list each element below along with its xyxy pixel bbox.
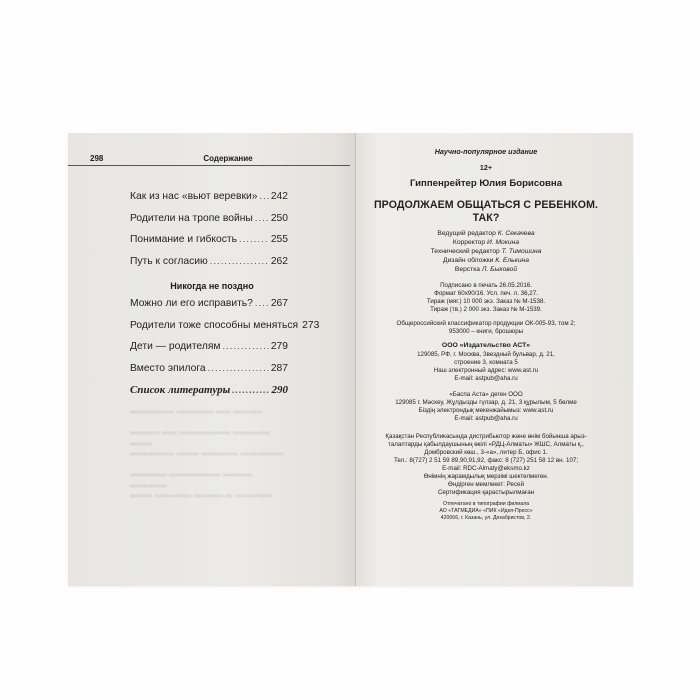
toc-entry-page: 279 xyxy=(271,341,288,352)
kazakh-publisher-line: E-mail: astpub@aha.ru xyxy=(356,415,616,423)
kazakh-publisher-line: Біздің электрондық мекенжайымыз: www.ast… xyxy=(356,407,616,415)
toc-entry-title: Список литературы xyxy=(130,384,230,396)
toc-entry-page: 262 xyxy=(271,256,288,267)
publisher-name: ООО «Издательство АСТ» xyxy=(356,342,616,349)
credit-line: Ведущий редактор К. Секачева xyxy=(356,230,616,238)
distributor-line: Домбровский көш., 3-«а», литер Б, офис 1… xyxy=(356,449,616,457)
toc-entry-title: Родители на тропе войны xyxy=(130,213,253,224)
distributor-line: талаптарды қабылдаушының өкілі «РДЦ-Алма… xyxy=(356,441,616,449)
credit-name: Т. Тимошина xyxy=(502,248,542,255)
toc-entry: Как из нас «вьют веревки» 242 xyxy=(130,191,288,213)
edition-type: Научно-популярное издание xyxy=(356,147,616,156)
credit-name: К. Секачева xyxy=(498,230,535,237)
toc-entry-title: Можно ли его исправить? xyxy=(130,298,253,309)
open-book: 298 Содержание Как из нас «вьют веревки»… xyxy=(68,133,633,586)
toc-entry-page: 250 xyxy=(271,213,288,224)
author-name: Гиппенрейтер Юлия Борисовна xyxy=(356,178,616,189)
book-title-line2: ТАК? xyxy=(356,212,616,224)
toc-entry-page: 290 xyxy=(272,384,289,396)
credit-name: Л. Быковой xyxy=(482,266,517,273)
credit-role: Верстка xyxy=(455,266,480,273)
toc-entry-page: 255 xyxy=(271,234,288,245)
running-head: 298 Содержание xyxy=(68,147,350,166)
toc-entry-title: Дети — родителям xyxy=(130,341,220,352)
age-rating: 12+ xyxy=(356,163,616,172)
credit-name: И. Мокина xyxy=(487,239,519,246)
toc-entry-title: Родители тоже способны меняться xyxy=(130,320,298,331)
toc-entry: Вместо эпилога 287 xyxy=(130,363,288,385)
classifier-line: 953000 – книги, брошюры xyxy=(356,328,616,336)
credit-name: К. Елькина xyxy=(495,257,529,264)
distributor-line: E-mail: RDC-Almaty@eksmo.kz xyxy=(356,465,616,473)
running-head-title: Содержание xyxy=(158,154,298,163)
distributor-line: Өндірген мемлекет: Ресей xyxy=(356,481,616,489)
distributor-line: Қазақстан Республикасында дистрибьютор ж… xyxy=(356,433,616,441)
print-info-line: Тираж (тв.) 2 000 экз. Заказ № М-1539. xyxy=(356,306,616,314)
leader-dots xyxy=(239,234,269,244)
publisher-address-line: 129085, РФ, г. Москва, Звездный бульвар,… xyxy=(356,351,616,359)
credit-role: Корректор xyxy=(453,239,485,246)
publisher-address-line: строение 3, комната 5 xyxy=(356,359,616,367)
right-page-imprint: Научно-популярное издание 12+ Гиппенрейт… xyxy=(356,133,633,586)
leader-dots xyxy=(210,256,269,266)
show-through-text: ▂▂▂▂ ▂▂ ▂▂▂▂▂ ▂▂▂▂▂▂ ▂▂▂▂▂ ▂▂▂▂▂▂▂ ▂▂ ▂▂… xyxy=(130,403,290,508)
publisher-address-line: Наш электронный адрес: www.ast.ru xyxy=(356,367,616,375)
toc-entry-page: 287 xyxy=(271,363,288,374)
print-info-line: Формат 60х90/16. Усл. печ. л. 36,27. xyxy=(356,290,616,298)
leader-dots xyxy=(232,385,269,395)
toc-entry-page: 273 xyxy=(302,320,319,331)
toc-entry: Родители на тропе войны 250 xyxy=(130,213,288,235)
toc-section-heading: Никогда не поздно xyxy=(130,277,288,298)
toc-entry: Понимание и гибкость 255 xyxy=(130,234,288,256)
toc-entry: Путь к согласию 262 xyxy=(130,256,288,278)
toc-entry-title: Как из нас «вьют веревки» xyxy=(130,191,257,202)
distributor-line: Сертификация қарастырылмаған xyxy=(356,489,616,497)
leader-dots xyxy=(208,363,269,373)
printer-line: Отпечатано в типографии филиала xyxy=(356,501,616,508)
credit-role: Дизайн обложки xyxy=(443,257,493,264)
credit-line: Верстка Л. Быковой xyxy=(356,266,616,274)
toc-entry: Дети — родителям 279 xyxy=(130,341,288,363)
left-page-contents: 298 Содержание Как из нас «вьют веревки»… xyxy=(68,133,356,586)
toc-entry-page: 242 xyxy=(271,191,288,202)
print-info-line: Подписано в печать 26.05.2016. xyxy=(356,282,616,290)
leader-dots xyxy=(222,341,268,351)
book-title-line1: ПРОДОЛЖАЕМ ОБЩАТЬСЯ С РЕБЕНКОМ. xyxy=(356,199,616,211)
credit-line: Дизайн обложки К. Елькина xyxy=(356,257,616,265)
toc-entry-title: Понимание и гибкость xyxy=(130,234,237,245)
toc-entry: Родители тоже способны меняться 273 xyxy=(130,320,288,342)
credit-line: Технический редактор Т. Тимошина xyxy=(356,248,616,256)
toc-entry-page: 267 xyxy=(271,298,288,309)
credit-line: Корректор И. Мокина xyxy=(356,239,616,247)
printer-line: 420066, г. Казань, ул. Декабристов, 2. xyxy=(356,515,616,522)
distributor-line: Тел.: 8(727) 2 51 59 89,90,91,92, факс: … xyxy=(356,457,616,465)
classifier-line: Общероссийский классификатор продукции О… xyxy=(356,320,616,328)
leader-dots xyxy=(259,191,268,201)
kazakh-publisher-line: 129085 г. Мәскеу, Жұлдызды гүлзар, д. 21… xyxy=(356,399,616,407)
toc-entry-title: Вместо эпилога xyxy=(130,363,206,374)
publisher-address-line: E-mail: astpub@aha.ru xyxy=(356,375,616,383)
toc-entry: Можно ли его исправить? 267 xyxy=(130,298,288,320)
print-info-line: Тираж (мяг.) 10 000 экз. Заказ № М-1538. xyxy=(356,298,616,306)
toc-entry-title: Путь к согласию xyxy=(130,256,208,267)
page-number: 298 xyxy=(90,154,103,163)
leader-dots xyxy=(255,213,269,223)
printer-line: АО «ТАТМЕДИА» «ПИК «Идел-Пресс» xyxy=(356,508,616,515)
credit-role: Технический редактор xyxy=(431,248,500,255)
kazakh-publisher-line: «Баспа Аста» деген ООО xyxy=(356,391,616,399)
table-of-contents: Как из нас «вьют веревки» 242 Родители н… xyxy=(130,191,288,406)
credit-role: Ведущий редактор xyxy=(437,230,495,237)
leader-dots xyxy=(255,298,269,308)
distributor-line: Өнімнің жарамдылық мерзімі шектелмеген. xyxy=(356,473,616,481)
